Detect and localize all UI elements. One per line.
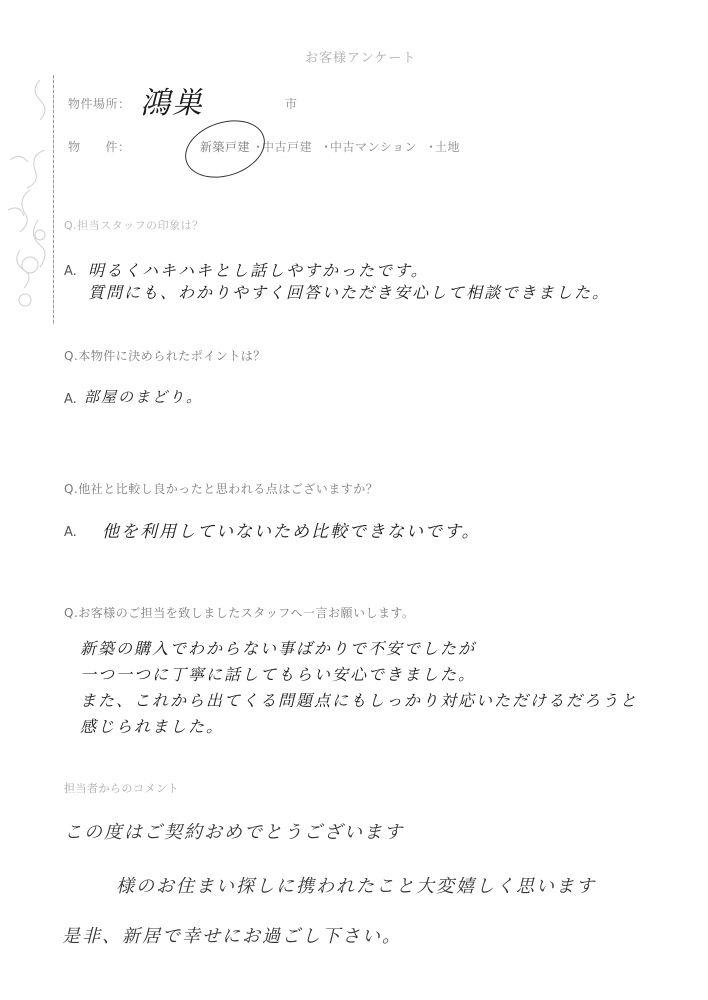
location-suffix: 市 — [285, 95, 298, 112]
staff-comment-line-1: この度はご契約おめでとうございます — [64, 818, 404, 844]
floral-border-decoration-icon — [0, 60, 58, 330]
answer-prefix: A. — [64, 264, 77, 279]
answer-1-line-1: 明るくハキハキとし話しやすかったです。 — [88, 258, 429, 281]
answer-4-line-1: 新築の購入でわからない事ばかりで不安でしたが — [80, 636, 476, 659]
property-option-used-house[interactable]: 中古戸建 — [262, 138, 312, 155]
answer-1-line-2: 質問にも、わかりやすく回答いただき安心して相談できました。 — [88, 280, 610, 303]
question-1: Q.担当スタッフの印象は？ — [64, 217, 204, 233]
property-option-used-mansion[interactable]: 中古マンション — [330, 138, 417, 155]
location-value: 鴻巣 — [140, 78, 204, 122]
answer-2-line-1: 部屋のまどり。 — [84, 386, 203, 407]
question-3: Q.他社と比較し良かったと思われる点はございますか？ — [64, 480, 378, 497]
survey-title: お客様アンケート — [305, 47, 416, 66]
property-option-land[interactable]: 土地 — [435, 138, 460, 155]
property-label: 物 件： — [68, 138, 131, 155]
survey-page: お客様アンケート 物件場所： 鴻巣 市 物 件： 新築戸建 ・ 中古戸建 ・ 中… — [0, 0, 708, 1000]
answer-3-line-1: 他を利用していないため比較できないです。 — [102, 517, 481, 542]
staff-comment-line-3: 是非、新居で幸せにお過ごし下さい。 — [62, 922, 402, 948]
question-2: Q.本物件に決められたポイントは？ — [64, 347, 266, 364]
answer-prefix: A. — [64, 392, 77, 407]
staff-comment-label: 担当者からのコメント — [64, 780, 179, 796]
answer-4-line-2: 一つ一つに丁寧に話してもらい安心できました。 — [80, 662, 476, 685]
answer-4-line-4: 感じられました。 — [80, 714, 224, 737]
margin-divider — [53, 75, 54, 325]
selection-circle — [178, 111, 273, 188]
question-4: Q.お客様のご担当を致しましたスタッフへ一言お願いします。 — [64, 604, 415, 621]
answer-4-line-3: また、これから出てくる問題点にもしっかり対応いただけるだろうと — [80, 688, 638, 711]
staff-comment-line-2: 様のお住まい探しに携われたこと大変嬉しく思います — [116, 872, 596, 898]
location-label: 物件場所： — [68, 95, 131, 112]
answer-prefix: A. — [64, 525, 77, 540]
